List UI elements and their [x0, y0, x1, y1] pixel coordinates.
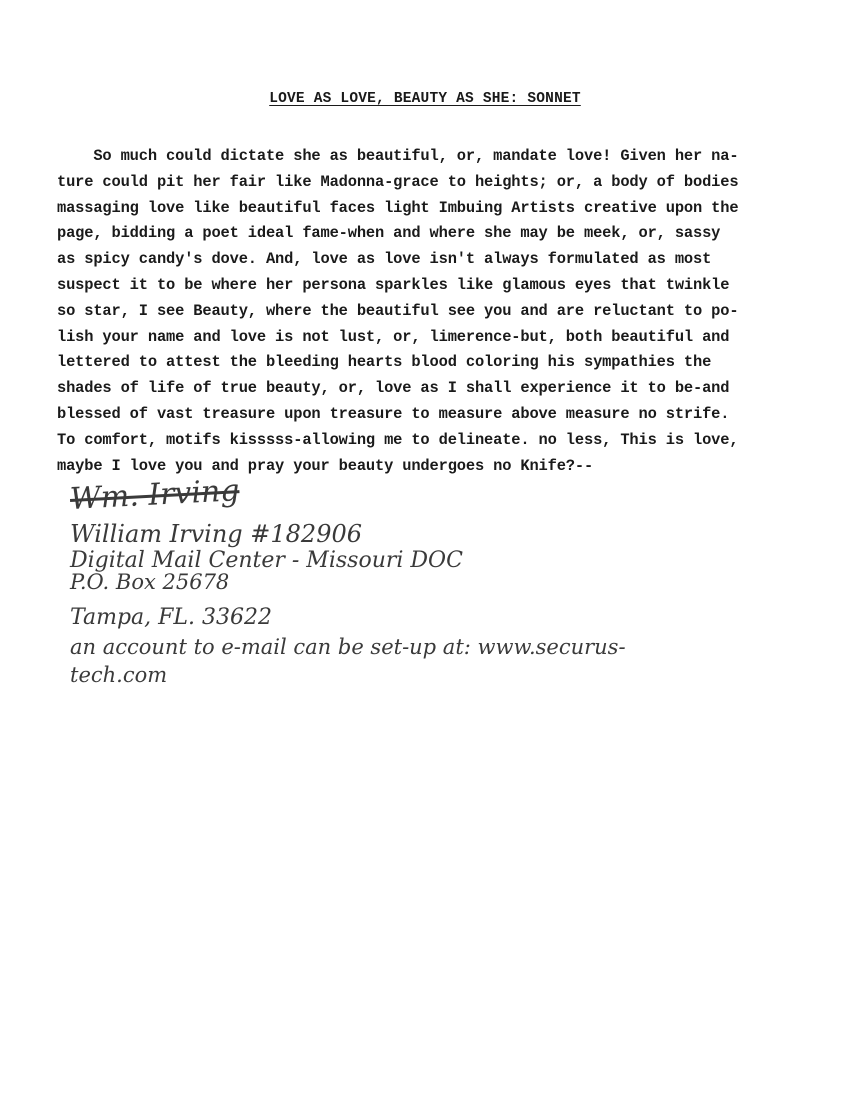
body-line: blessed of vast treasure upon treasure t… — [57, 402, 837, 428]
body-line: ture could pit her fair like Madonna-gra… — [57, 170, 837, 196]
body-line: page, bidding a poet ideal fame-when and… — [57, 221, 837, 247]
handwritten-signature: Wm. Irving — [69, 473, 240, 517]
handwritten-address-line-2: P.O. Box 25678 — [70, 570, 229, 594]
handwritten-name-line: William Irving #182906 — [70, 520, 362, 548]
body-line: lish your name and love is not lust, or,… — [57, 325, 837, 351]
body-line: massaging love like beautiful faces ligh… — [57, 196, 837, 222]
handwritten-address-line-3: Tampa, FL. 33622 — [70, 605, 272, 630]
body-line: as spicy candy's dove. And, love as love… — [57, 247, 837, 273]
handwritten-note-line-1: an account to e-mail can be set-up at: w… — [70, 635, 626, 659]
body-line: shades of life of true beauty, or, love … — [57, 376, 837, 402]
handwritten-note-line-2: tech.com — [70, 663, 167, 687]
body-line: So much could dictate she as beautiful, … — [57, 144, 837, 170]
body-line: lettered to attest the bleeding hearts b… — [57, 350, 837, 376]
body-line: To comfort, motifs kisssss-allowing me t… — [57, 428, 837, 454]
body-line: suspect it to be where her persona spark… — [57, 273, 837, 299]
document-title-text: LOVE AS LOVE, BEAUTY AS SHE: SONNET — [269, 91, 581, 107]
body-line: so star, I see Beauty, where the beautif… — [57, 299, 837, 325]
sonnet-body: So much could dictate she as beautiful, … — [57, 144, 837, 479]
document-title: LOVE AS LOVE, BEAUTY AS SHE: SONNET — [0, 91, 850, 107]
